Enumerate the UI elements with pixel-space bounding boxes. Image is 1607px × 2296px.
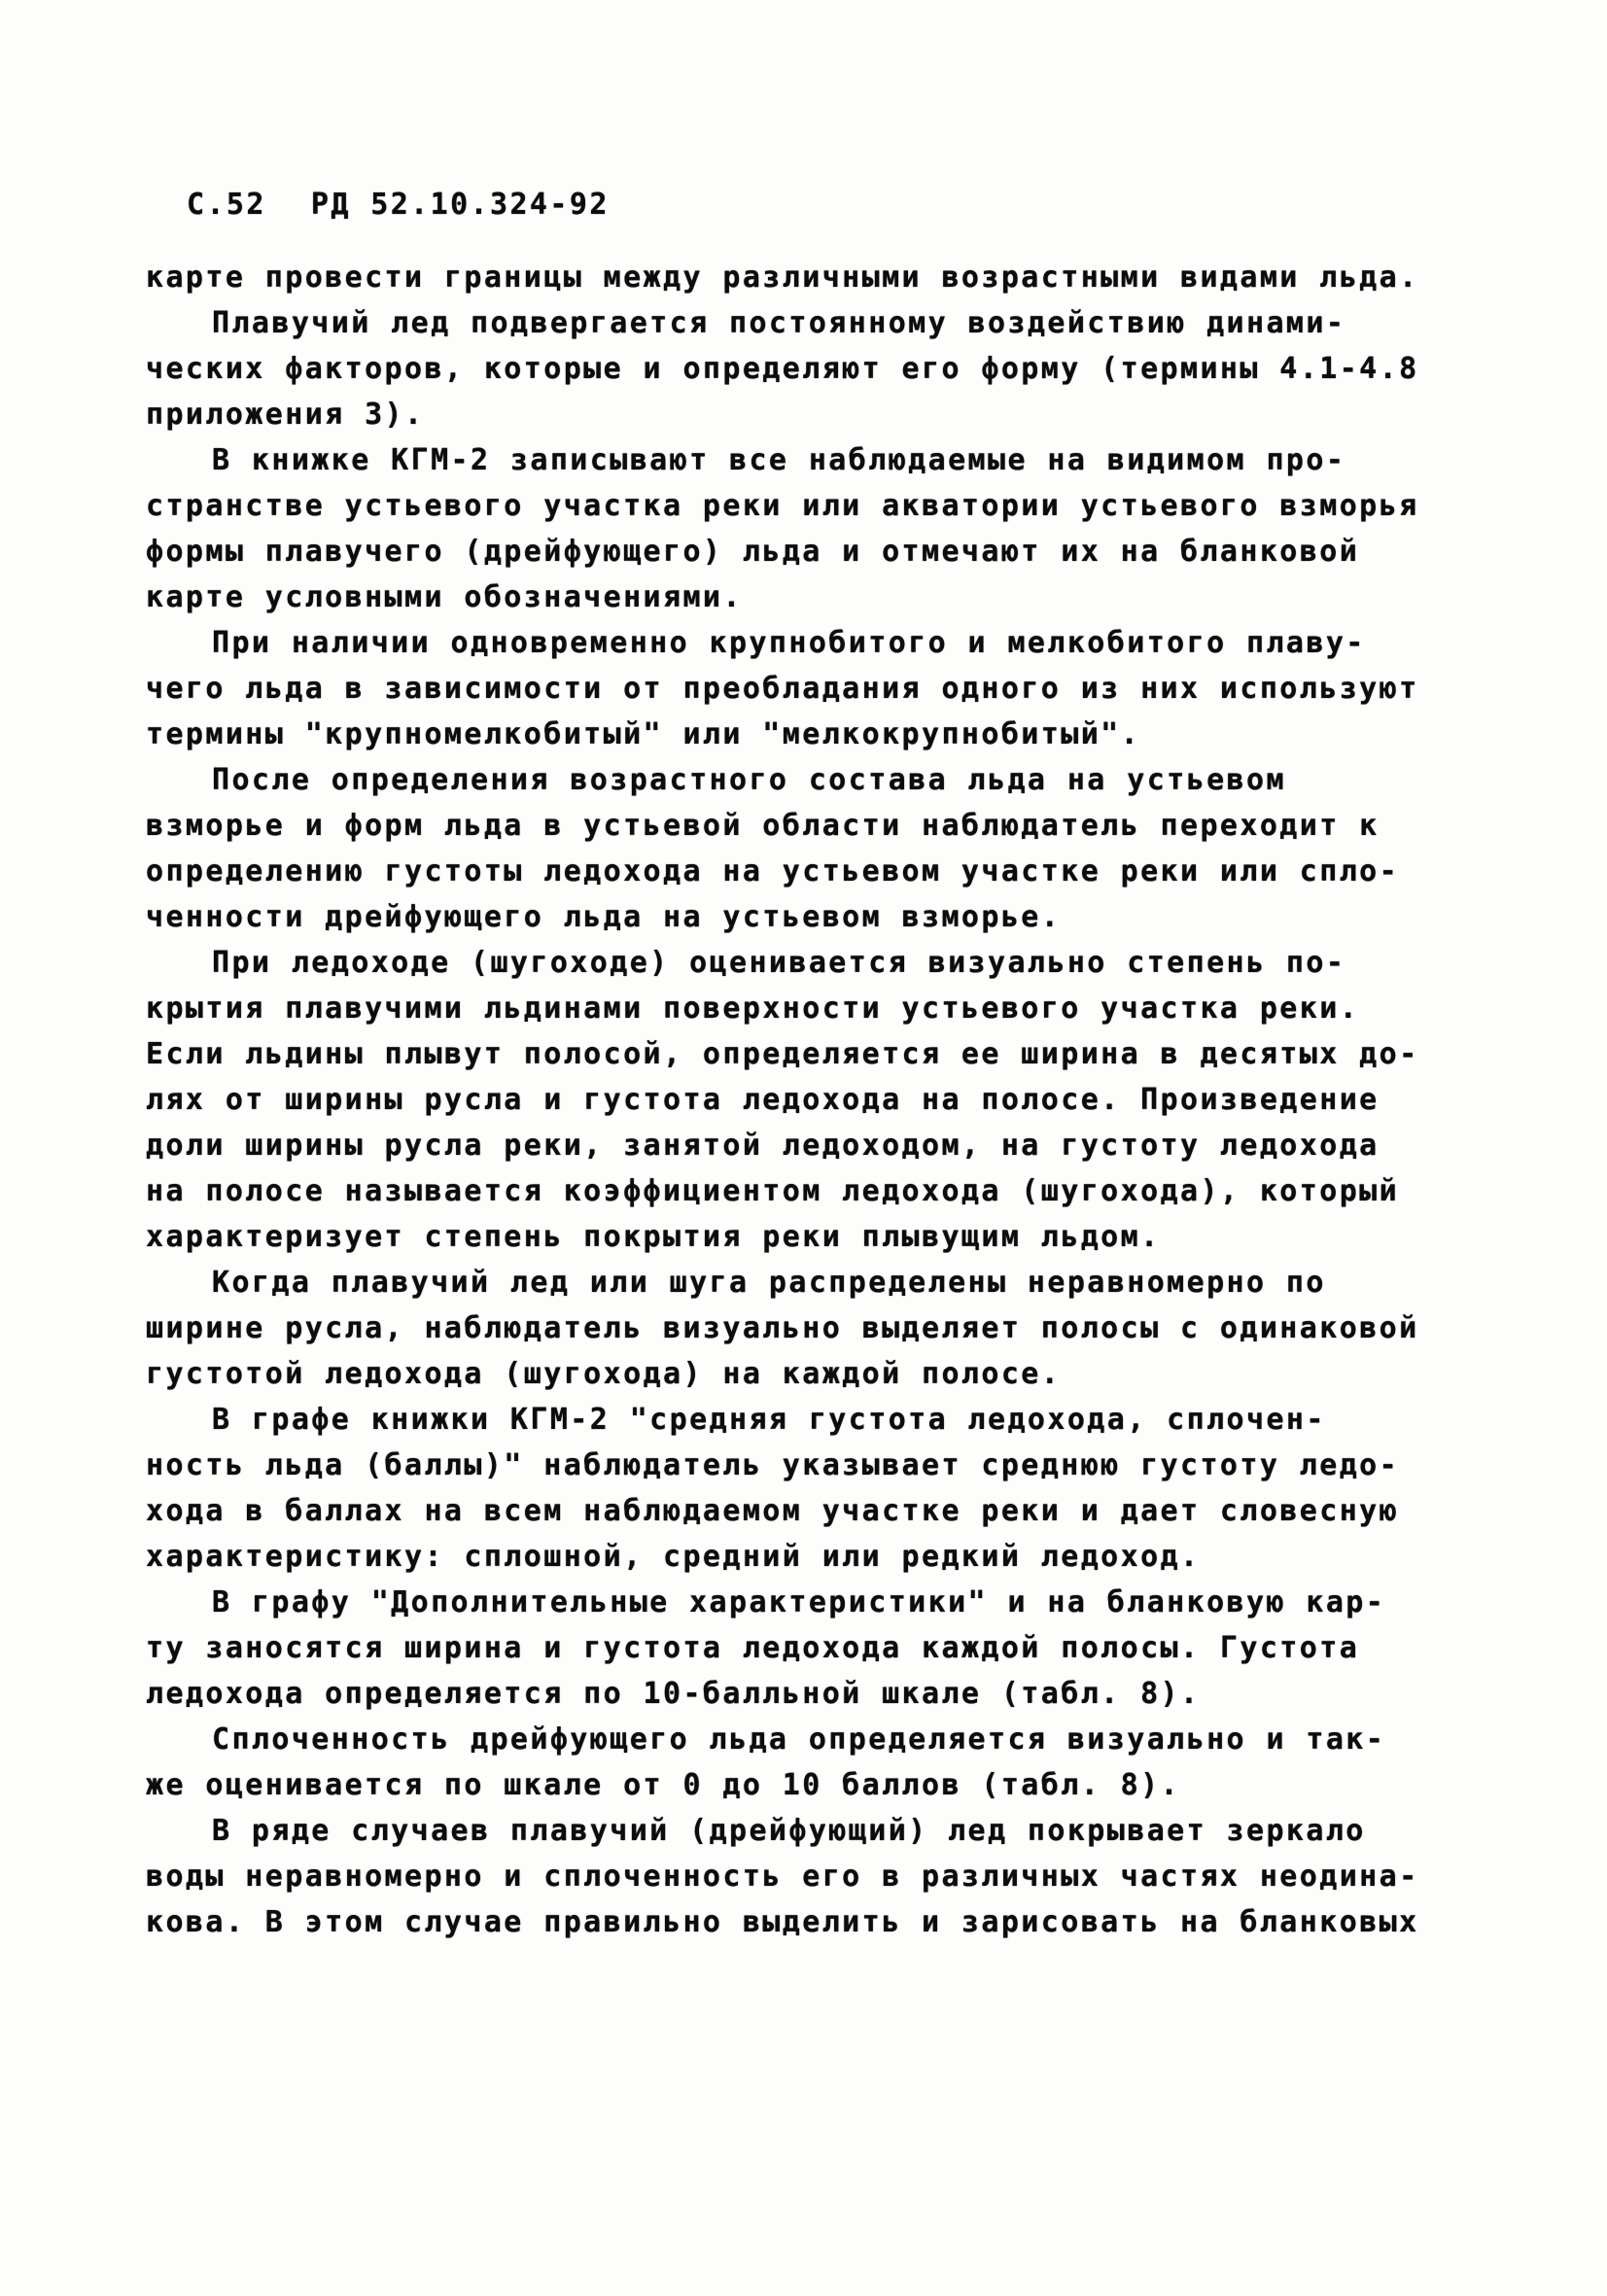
paragraph: При ледоходе (шугоходе) оценивается визу…: [146, 940, 1445, 1260]
document-number: РД 52.10.324-92: [311, 188, 610, 222]
paragraph: В книжке КГМ-2 записывают все наблюдаемы…: [146, 437, 1445, 620]
page-number: С.52: [187, 188, 266, 222]
paragraph: Когда плавучий лед или шуга распределены…: [146, 1260, 1445, 1397]
paragraph: В графе книжки КГМ-2 "средняя густота ле…: [146, 1397, 1445, 1580]
paragraph: карте провести границы между различными …: [146, 255, 1445, 300]
paragraph: В графу "Дополнительные характеристики" …: [146, 1580, 1445, 1717]
page-header: С.52РД 52.10.324-92: [187, 187, 1445, 224]
scanned-document-page: С.52РД 52.10.324-92 карте провести грани…: [0, 0, 1607, 2296]
paragraph: После определения возрастного состава ль…: [146, 757, 1445, 940]
paragraph: В ряде случаев плавучий (дрейфующий) лед…: [146, 1808, 1445, 1945]
paragraph: Плавучий лед подвергается постоянному во…: [146, 300, 1445, 437]
paragraph: Сплоченность дрейфующего льда определяет…: [146, 1717, 1445, 1808]
page-body: карте провести границы между различными …: [146, 255, 1445, 1945]
text-block: С.52РД 52.10.324-92 карте провести грани…: [146, 187, 1445, 1945]
paragraph: При наличии одновременно крупнобитого и …: [146, 620, 1445, 757]
